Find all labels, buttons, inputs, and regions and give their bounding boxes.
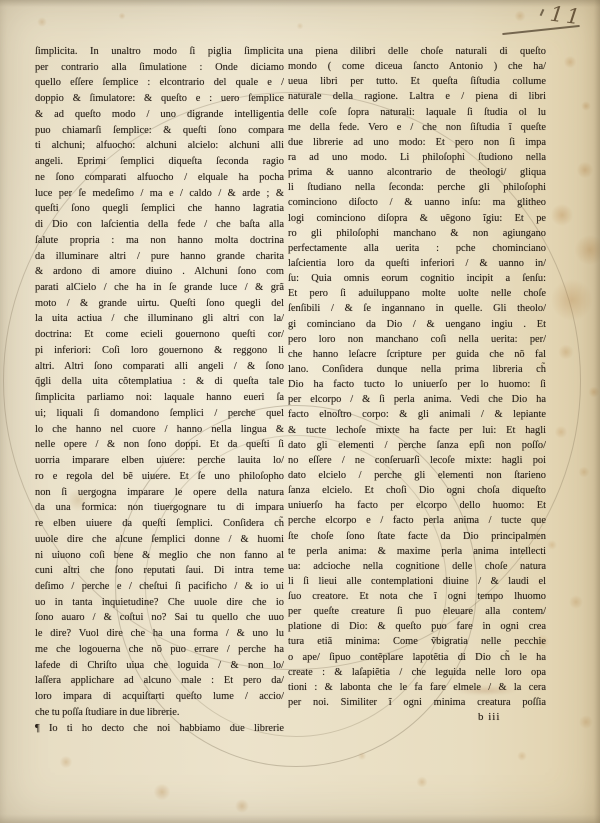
text-line: ſuo creatore. Et nota che ĩ ogni tempo l… xyxy=(288,589,546,604)
ink-stroke xyxy=(502,25,580,35)
text-line: le dire? Vuol dire che ha una forma / & … xyxy=(35,626,284,642)
text-line: perche elcorpo e / facto perla anima / t… xyxy=(288,513,546,528)
text-line: una piena dilibri delle choſe naturali d… xyxy=(288,44,546,59)
text-line: logi cominciono diſopra & uẽgono ĩgiu: E… xyxy=(288,211,546,226)
text-line: li ſi lieui alle contemplationi diuine /… xyxy=(288,574,546,589)
text-line: cuni altri che ſono reputati ſaui. Di in… xyxy=(35,563,284,579)
text-line: per queſte creature ſi puo eleuare alla … xyxy=(288,604,546,619)
text-line: quello eſſere ſemplice : elcontrario del… xyxy=(35,75,284,91)
ink-offset-smudge xyxy=(446,684,526,697)
text-line: no eſſere / ne conſeruarſi lecoſe mixte:… xyxy=(288,453,546,468)
text-line: ſono auaro / & coſtui no? Sai tu quello … xyxy=(35,610,284,626)
text-line: uuole dire che alcune ſemplici donne / &… xyxy=(35,532,284,548)
text-line: mondo ( come diceua ſancto Antonio ) che… xyxy=(288,59,546,74)
text-line: non ſi uergogna imparare le opere della … xyxy=(35,485,284,501)
text-line: uniuerſo ha facto per elcorpo dello huom… xyxy=(288,498,546,513)
ink-tick xyxy=(540,9,545,16)
text-line: Et pero ſi aduiluppano molte uolte nelle… xyxy=(288,286,546,301)
text-line: ro gli philoſophi manchano & non agiunga… xyxy=(288,226,546,241)
text-line: che hanno leſacre ſcripture per guida ch… xyxy=(288,347,546,362)
text-line: ſimplicita. In unaltro modo ſi piglia ſi… xyxy=(35,44,284,60)
text-column-left: ſimplicita. In unaltro modo ſi piglia ſi… xyxy=(35,44,284,736)
text-line: tura etiã minima: Come ṽbigratia nelle p… xyxy=(288,634,546,649)
text-line: luce per ſe medeſimo / ma e / caldo / & … xyxy=(35,186,284,202)
text-line: parati alCielo / che ha in ſe grande luc… xyxy=(35,280,284,296)
text-line: lano. Conſidera dunque nella prima libre… xyxy=(288,362,546,377)
text-line: ſimplicita parliamo noi: laquale hanno e… xyxy=(35,390,284,406)
text-line: Dio ha facto tucto lo uniuerſo per lo hu… xyxy=(288,377,546,392)
text-line: queſti ſono quegli ſemplici che hanno la… xyxy=(35,201,284,217)
book-page: ſimplicita. In unaltro modo ſi piglia ſi… xyxy=(0,0,600,823)
text-line: da una formica: non tiuergognare tu di i… xyxy=(35,500,284,516)
text-line: lafede di Chriſto uiua che loguida / & n… xyxy=(35,658,284,674)
text-line: naturale della ragione. Laltra e / piena… xyxy=(288,89,546,104)
text-line: facto elnoſtro corpo: & gli animali / & … xyxy=(288,407,546,422)
text-line: & ad queſto modo / uno digrande intellig… xyxy=(35,107,284,123)
text-line: due librerie ad uno modo: Et pero non ſi… xyxy=(288,135,546,150)
text-line: che tu poſſa ſtudiare in due librerie. xyxy=(35,705,284,721)
text-line: moto / & grande uirtu. Queſti ſono quegl… xyxy=(35,296,284,312)
text-line: dato gli elementi / perche ſanza epſi no… xyxy=(288,438,546,453)
text-line: da illuminare altri / pure hanno grande … xyxy=(35,249,284,265)
text-line: me che logouerna che nõ puo errare / per… xyxy=(35,642,284,658)
text-line: ſanza elcielo. Et choſi Dio ogni choſa d… xyxy=(288,483,546,498)
text-line: ni uiuono coſi bene & meglio che non fan… xyxy=(35,548,284,564)
text-line: gi cominciano da Dio / & uengano ingiu .… xyxy=(288,317,546,332)
text-line: uo in tanta inquietudine? Che uuole dire… xyxy=(35,595,284,611)
text-line: pi inferiori: Coſi loro gouernono & regg… xyxy=(35,343,284,359)
text-line: ro e regola del bẽ uiuere. Et ſe uno phi… xyxy=(35,469,284,485)
text-line: lo che hanno nel cuore / hanno nella lin… xyxy=(35,422,284,438)
text-line: dato elcielo / perche gli elementi non ſ… xyxy=(288,468,546,483)
text-line: li ſtudiano nella ſeconda: perche gli ph… xyxy=(288,180,546,195)
text-line: altri. Altri ſono comparati alli angeli … xyxy=(35,359,284,375)
text-line: ra ad uno modo. Li philoſophi ſtudiono n… xyxy=(288,150,546,165)
text-line: deſimo / perche e / cheſtui ſi pacificho… xyxy=(35,579,284,595)
text-line: me della fede. Vero e / che non ſiſtudia… xyxy=(288,120,546,135)
text-line: perfectamente alla uerita : pche chominc… xyxy=(288,241,546,256)
text-line: laſcientia loro da queſti inferiori / & … xyxy=(288,256,546,271)
text-line: uorria imparare elben uiuere: perche lau… xyxy=(35,453,284,469)
text-line: ne ſono comparati alfuocho / elquale ha … xyxy=(35,170,284,186)
text-line: delle coſe ſopra naturali: laquale ſi ſt… xyxy=(288,105,546,120)
text-line: di Dio con laſcientia della fede / che b… xyxy=(35,217,284,233)
signature-mark: b iii xyxy=(478,711,548,723)
text-line: ui; liquali ſi domandono ſemplici / perc… xyxy=(35,406,284,422)
text-line: laſſera applichare ad alcuno male : Et p… xyxy=(35,673,284,689)
text-line: q̃gli della uita cõtemplatiua : & di que… xyxy=(35,374,284,390)
text-line: doppio & ſimulatore: & queſto e : uero ſ… xyxy=(35,91,284,107)
text-line: ſalute propria : ma non hanno molta doct… xyxy=(35,233,284,249)
text-line: ¶ Io ti ho decto che noi habbiamo due li… xyxy=(35,721,284,737)
text-line: o ape/ ſipuo contẽplare lapotẽtia di Dio… xyxy=(288,650,546,665)
text-line: ueua libri per tutto. Et queſta ſiſtudia… xyxy=(288,74,546,89)
text-line: loro impara di acquiſtarti queſto lume /… xyxy=(35,689,284,705)
text-line: prima & uanno alcontrario de theologi/ g… xyxy=(288,165,546,180)
text-line: per contrario alla ſimulatione : Onde di… xyxy=(35,60,284,76)
text-line: per noi. Similiter ĩ ogni minima creatur… xyxy=(288,695,546,710)
text-line: per elcorpo / & ſi perla anima. Vedi che… xyxy=(288,392,546,407)
text-line: pero loro non manchano coſi nella uerita… xyxy=(288,332,546,347)
text-line: ua: adcioche nella cognitione delle choſ… xyxy=(288,559,546,574)
text-line: cominciono diſocto / & uanno inſu: ma gl… xyxy=(288,195,546,210)
text-line: create : & laſapiẽtia / che leguida nell… xyxy=(288,665,546,680)
text-column-right: una piena dilibri delle choſe naturali d… xyxy=(288,44,546,710)
text-line: & ardono di amore diuino . Alchuni ſono … xyxy=(35,264,284,280)
text-line: angeli. Eprimi ſemplici diqueſta ſeconda… xyxy=(35,154,284,170)
text-line: ſu: Quia omnis eorum cognitio incipit a … xyxy=(288,271,546,286)
text-line: puo chiamarſi ſemplice: & queſti ſono co… xyxy=(35,123,284,139)
text-line: ti alchuni; alfuocho: alchuni alcielo: a… xyxy=(35,138,284,154)
text-line: nelle opere / & non ſono doppi. Et da qu… xyxy=(35,437,284,453)
text-line: & tucte lechoſe mixte ha facte per lui: … xyxy=(288,423,546,438)
text-line: platione di Dio: & queſto puo fare in og… xyxy=(288,619,546,634)
text-line: re elben uiuere da queſti ſemplici. Conſ… xyxy=(35,516,284,532)
text-line: te perla anima: & maxime perla anima int… xyxy=(288,544,546,559)
text-line: doctrina: Et come ecieli gouernono queſt… xyxy=(35,327,284,343)
text-line: la uita actiua / che illuminano gli altr… xyxy=(35,311,284,327)
text-line: ſte choſe ſono ſtate facte da Dio princi… xyxy=(288,529,546,544)
text-line: ſenſibili / & ſe ingannano in quelle. Gl… xyxy=(288,301,546,316)
